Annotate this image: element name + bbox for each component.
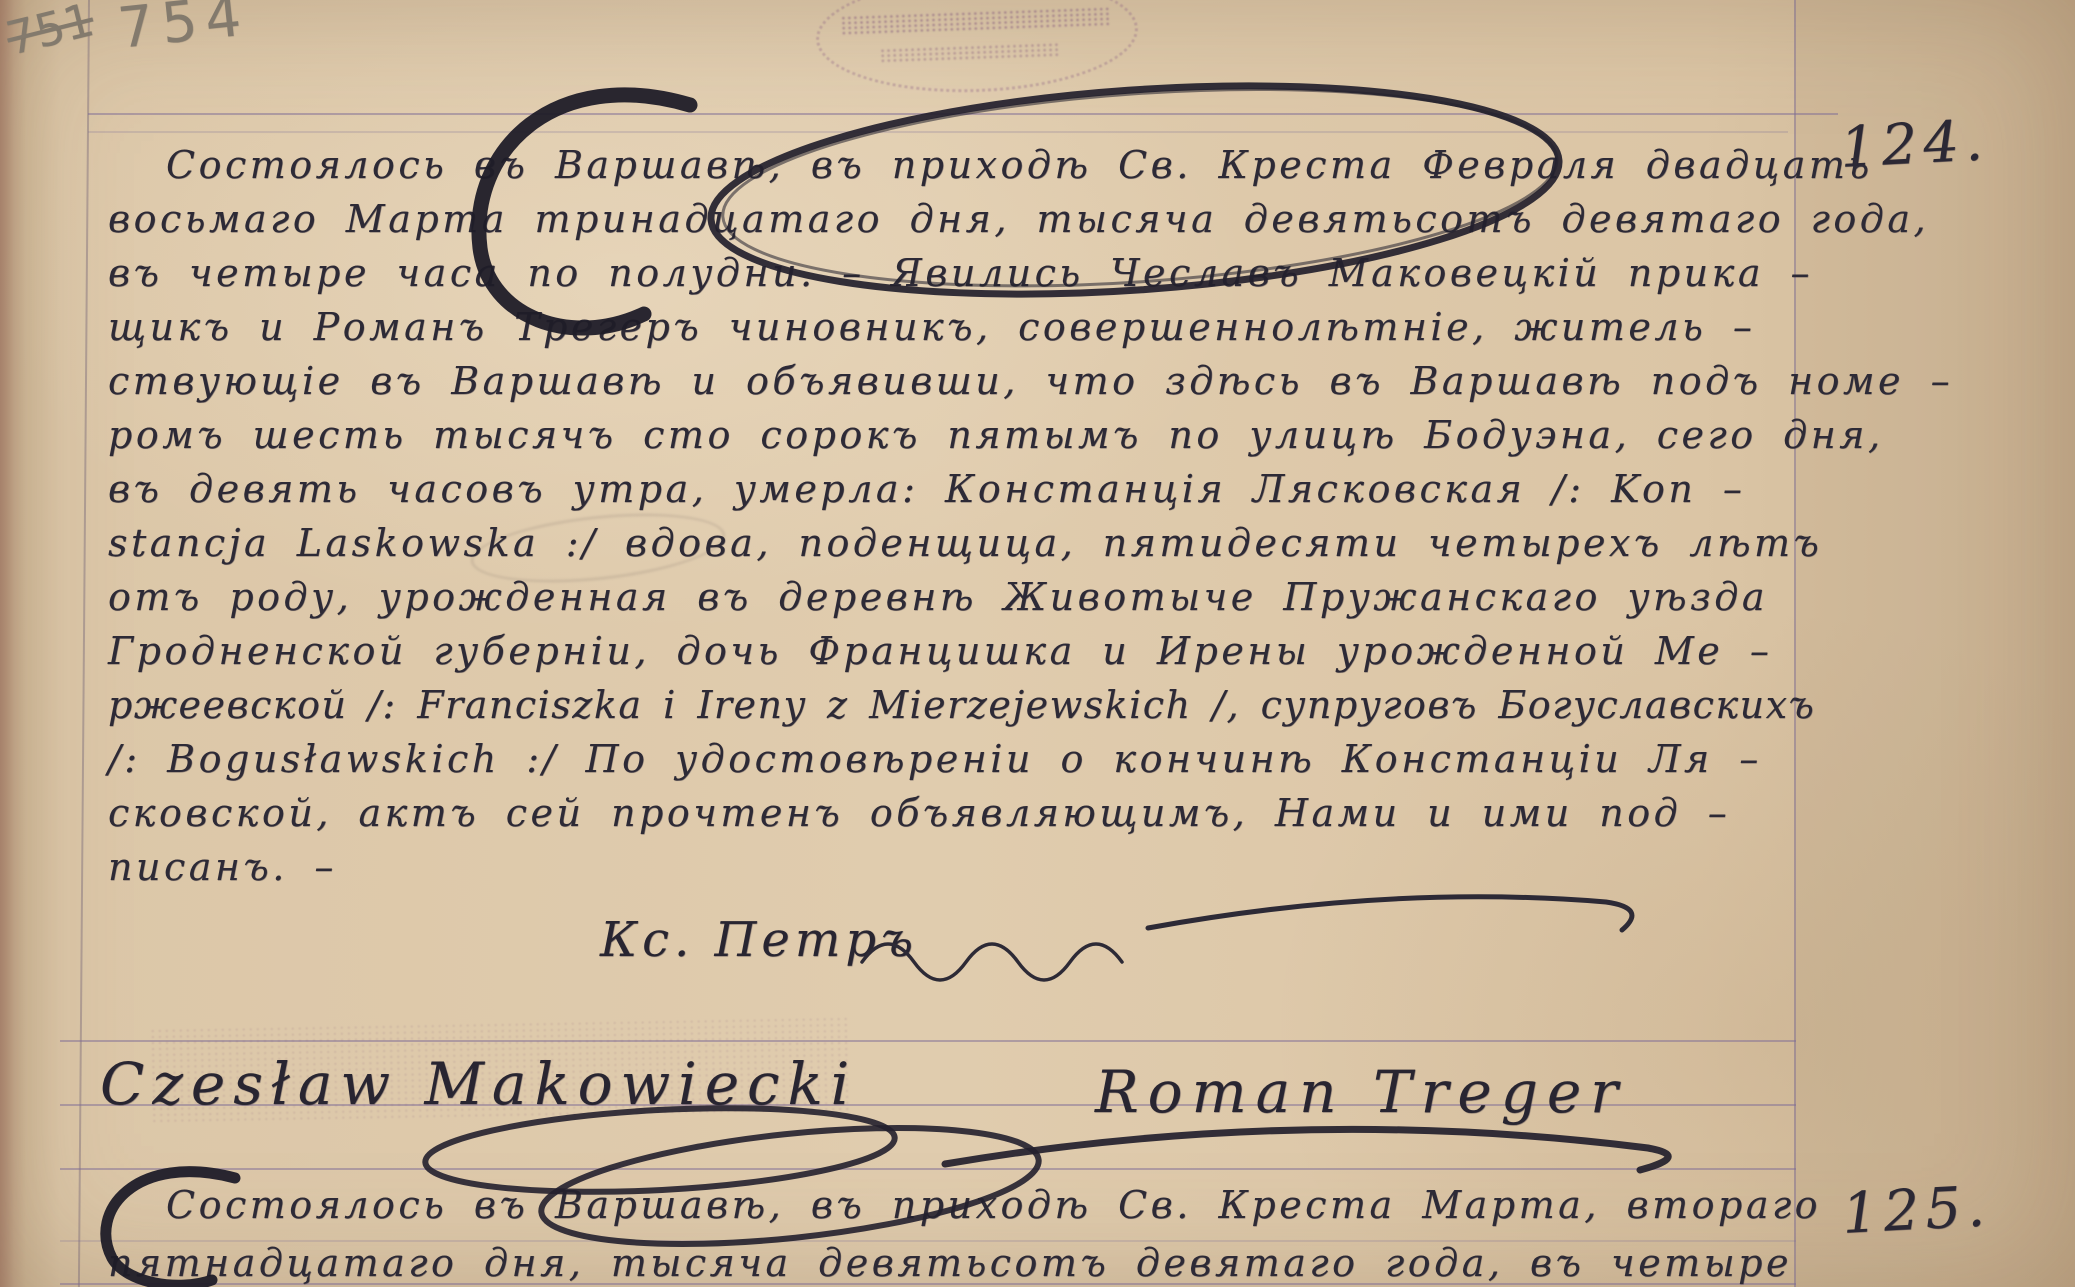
record-124-line-14: писанъ. –: [108, 844, 337, 890]
record-number-125: 125.: [1840, 1174, 1992, 1247]
left-page-edge: [0, 0, 26, 1287]
record-124-line-8: stancja Laskowska :/ вдова, поденщица, п…: [108, 520, 1798, 566]
record-124-line-1: Состоялось въ Варшавѣ, въ приходѣ Св. Кр…: [108, 142, 1856, 188]
record-124-line-3: въ четыре часа по полудни. – Явились Чес…: [108, 250, 1798, 296]
record-124-line-13: сковской, актъ сей прочтенъ объявляющимъ…: [108, 790, 1798, 836]
archive-stamp: [814, 0, 1140, 98]
record-125-line-2: пятнадцатаго дня, тысяча девятьсотъ девя…: [108, 1240, 1798, 1286]
ruled-line-signatures-3: [60, 1168, 1796, 1170]
record-124-line-12: /: Bogusławskich :/ По удостовѣреніи о к…: [108, 736, 1798, 782]
right-margin-column: [1796, 0, 2075, 1287]
record-124-line-10: Гродненской губерніи, дочь Францишка и И…: [108, 628, 1798, 674]
record-124-line-7: въ девять часовъ утра, умерла: Констанці…: [108, 466, 1798, 512]
record-125-line-1: Состоялось въ Варшавѣ, въ приходѣ Св. Кр…: [108, 1182, 1856, 1228]
record-124-line-6: ромъ шесть тысячъ сто сорокъ пятымъ по у…: [108, 412, 1798, 458]
stamp-text-band: [840, 6, 1111, 35]
priest-signature-overline: [1148, 897, 1632, 930]
left-margin-rule: [78, 0, 90, 1287]
record-124-line-11: ржеевской /: Franciszka i Ireny z Mierze…: [108, 682, 1798, 728]
pencil-page-number: 754: [115, 0, 252, 62]
record-124-line-4: щикъ и Романъ Трегеръ чиновникъ, соверше…: [108, 304, 1798, 350]
record-124-line-9: отъ роду, урожденная въ деревнѣ Животыче…: [108, 574, 1798, 620]
witness-signature-makowiecki: Czesław Makowiecki: [100, 1050, 857, 1118]
ruled-line-top: [88, 113, 1838, 115]
witness-signature-treger: Roman Treger: [1095, 1058, 1627, 1126]
priest-signature: Кс. Петръ: [600, 912, 918, 968]
pencil-crossed-number: 751: [1, 0, 99, 66]
stamp-text-band: [879, 42, 1059, 64]
record-124-line-2: восьмаго Марта тринадцатаго дня, тысяча …: [108, 196, 1798, 242]
record-124-line-5: ствующіе въ Варшавѣ и объявивши, что здѣ…: [108, 358, 1798, 404]
treger-underline-swash: [945, 1129, 1668, 1170]
registry-page-scan: 751 754 124. Состоялось въ Варшавѣ, въ п…: [0, 0, 2075, 1287]
ruled-line-top-shadow: [88, 131, 1788, 133]
